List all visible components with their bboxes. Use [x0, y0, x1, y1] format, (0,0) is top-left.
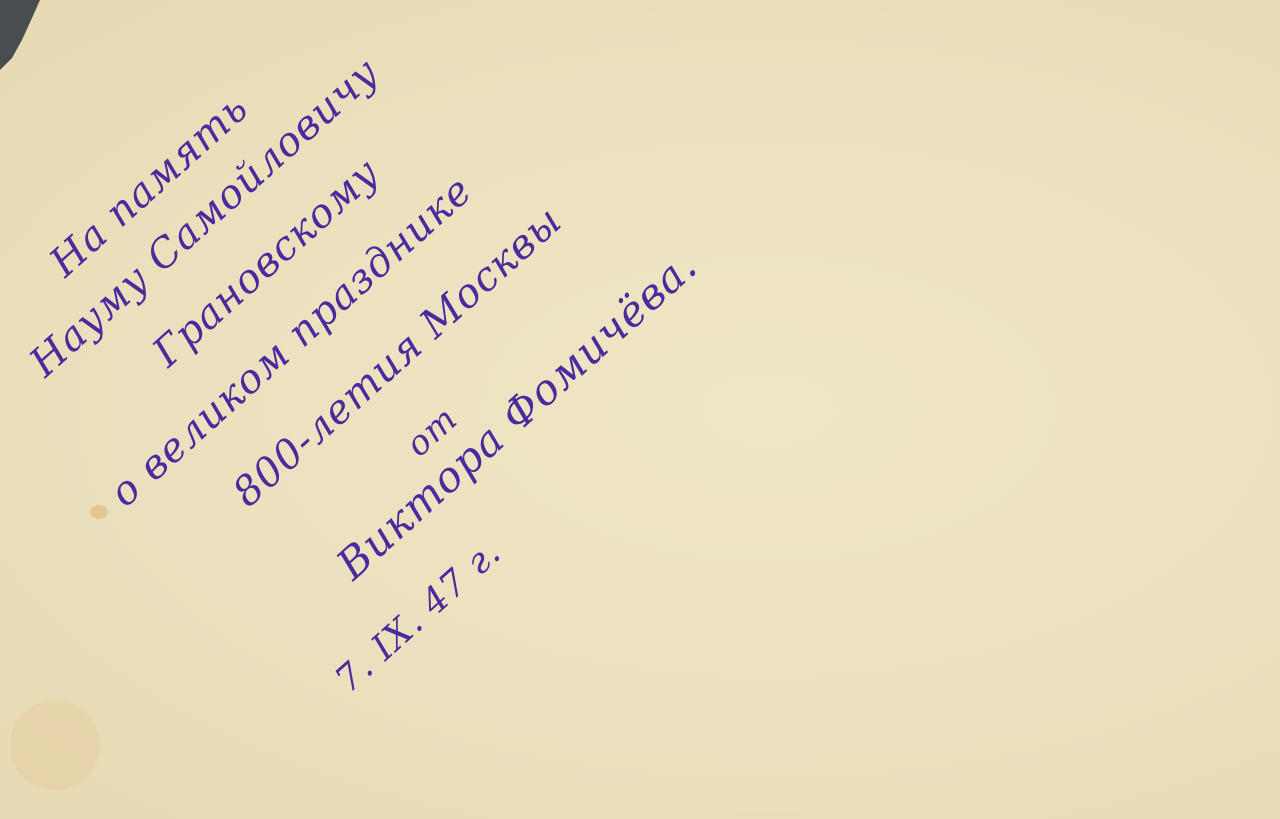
paper-card: На память Науму Самойловичу Грановскому … [0, 0, 1280, 819]
paper-stain [90, 505, 108, 519]
paper-stain [10, 700, 100, 790]
signature: Виктора Фомичёва. [327, 241, 706, 589]
